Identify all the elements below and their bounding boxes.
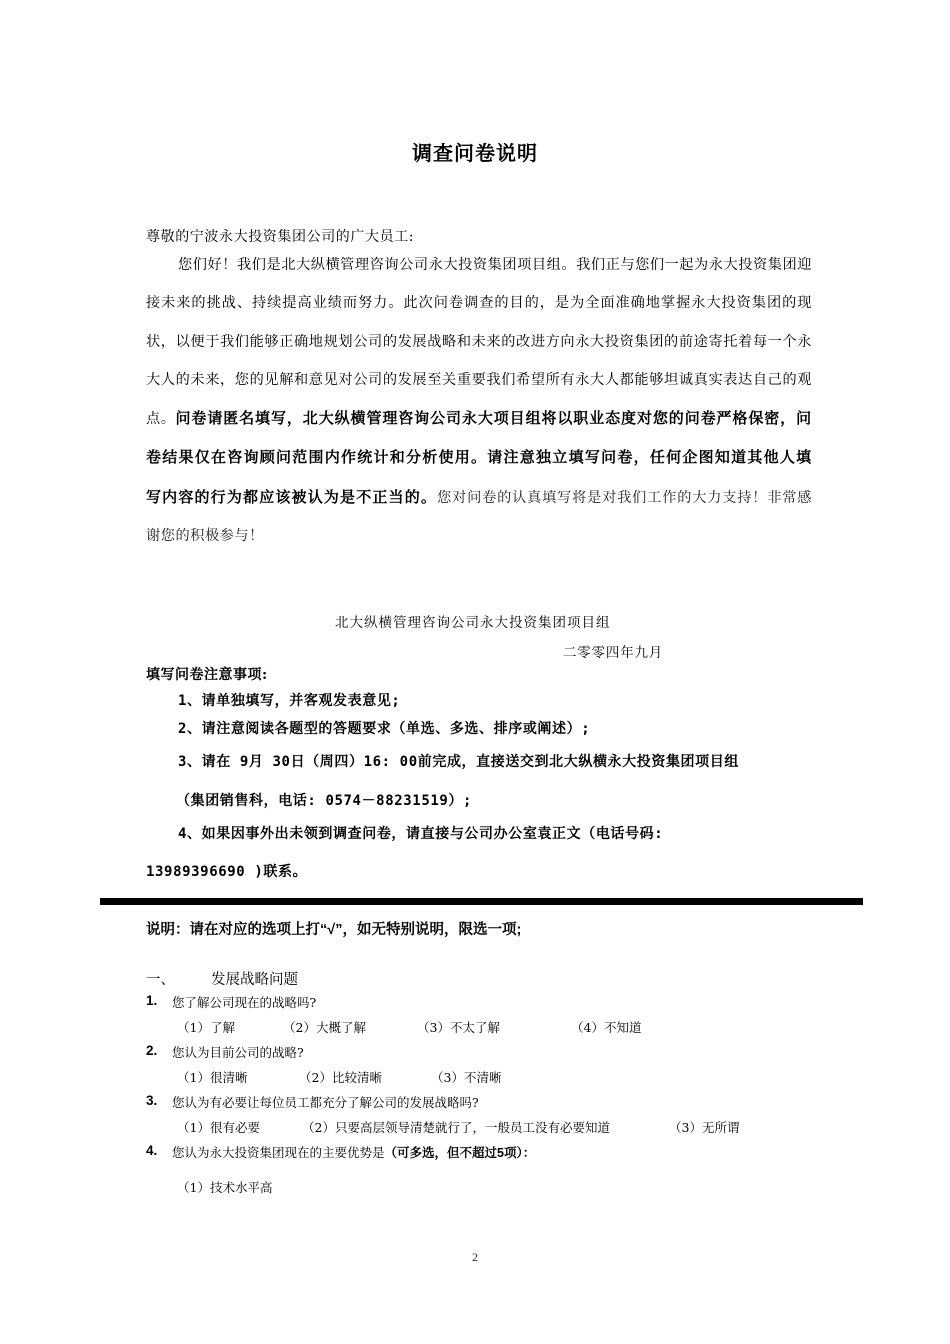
note-item-continuation: （集团销售科，电话: 0574－88231519）;	[176, 790, 472, 810]
answer-option[interactable]: （4）不知道	[571, 1018, 641, 1036]
answer-option[interactable]: （3）不清晰	[431, 1068, 501, 1086]
salutation: 尊敬的宁波永大投资集团公司的广大员工:	[146, 226, 414, 246]
document-title: 调查问卷说明	[0, 137, 950, 166]
note-item: 1、请单独填写，并客观发表意见;	[178, 690, 400, 710]
note-item-continuation: 13989396690 )联系。	[146, 861, 307, 881]
note-item: 2、请注意阅读各题型的答题要求（单选、多选、排序或阐述）;	[178, 718, 590, 738]
intro-paragraph: 您们好！我们是北大纵横管理咨询公司永大投资集团项目组。我们正与您们一起为永大投资…	[146, 246, 812, 555]
question-text: 您认为永大投资集团现在的主要优势是（可多选，但不超过5项）：	[172, 1143, 535, 1161]
question-number: 4.	[146, 1143, 157, 1158]
intro-normal-text: 您们好！我们是北大纵横管理咨询公司永大投资集团项目组。我们正与您们一起为永大投资…	[146, 257, 812, 427]
answer-option[interactable]: （1）了解	[177, 1018, 235, 1036]
note-item: 4、如果因事外出未领到调查问卷，请直接与公司办公室袁正文（电话号码:	[178, 823, 663, 843]
question-text: 您了解公司现在的战略吗?	[172, 993, 316, 1011]
section-divider	[100, 898, 863, 905]
answer-option[interactable]: （1）很有必要	[177, 1118, 260, 1136]
answer-option[interactable]: （2）只要高层领导清楚就行了，一般员工没有必要知道	[302, 1118, 610, 1136]
note-item: 3、请在 9月 30日（周四）16: 00前完成，直接送交到北大纵横永大投资集团…	[178, 751, 739, 771]
section-number: 一、	[146, 968, 175, 989]
answer-option[interactable]: （3）无所谓	[669, 1118, 739, 1136]
question-number: 1.	[146, 993, 157, 1008]
question-number: 2.	[146, 1043, 157, 1058]
notes-heading: 填写问卷注意事项:	[146, 664, 268, 684]
question-text: 您认为目前公司的战略?	[172, 1043, 304, 1061]
section-title: 发展战略问题	[211, 968, 298, 989]
answer-option[interactable]: （1）技术水平高	[177, 1178, 272, 1196]
answer-option[interactable]: （2）大概了解	[283, 1018, 366, 1036]
page-number: 2	[0, 1250, 950, 1265]
question-multi-select-note: （可多选，但不超过5项）：	[385, 1146, 536, 1160]
question-text: 您认为有必要让每位员工都充分了解公司的发展战略吗?	[172, 1093, 479, 1111]
signature-date: 二零零四年九月	[563, 641, 663, 661]
question-number: 3.	[146, 1093, 157, 1108]
answer-option[interactable]: （1）很清晰	[177, 1068, 247, 1086]
signature-organization: 北大纵横管理咨询公司永大投资集团项目组	[335, 611, 611, 631]
answer-option[interactable]: （2）比较清晰	[299, 1068, 382, 1086]
question-text-main: 您认为永大投资集团现在的主要优势是	[172, 1145, 385, 1160]
answer-option[interactable]: （3）不太了解	[417, 1018, 500, 1036]
answer-instruction: 说明：请在对应的选项上打“√”，如无特别说明，限选一项;	[146, 918, 521, 939]
